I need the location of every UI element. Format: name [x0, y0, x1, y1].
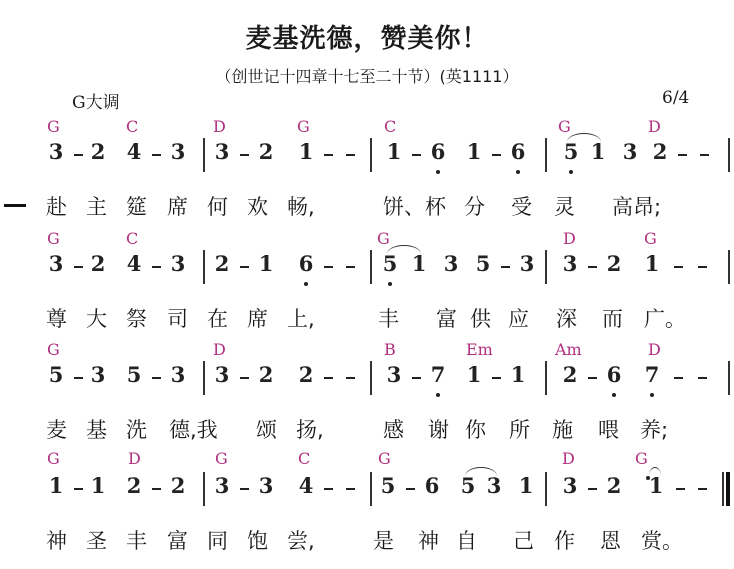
lyric-syllable: 麦	[46, 414, 67, 444]
lyric-syllable: 丰	[126, 525, 147, 555]
lyric-syllable: 洗	[126, 414, 147, 444]
chord-symbol: G	[378, 449, 391, 468]
note-digit: 1	[466, 139, 482, 164]
note-digit: 3	[48, 139, 64, 164]
lyric-syllable: 上,	[287, 303, 315, 333]
note-digit: 5	[380, 473, 396, 498]
note-digit: 5	[382, 251, 398, 276]
chord-symbol: D	[213, 340, 226, 359]
lyric-syllable: 基	[86, 414, 107, 444]
note-digit: 6	[430, 139, 446, 164]
low-octave-dot	[569, 170, 573, 174]
note-digit: 2	[298, 362, 314, 387]
lyric-syllable: 同	[207, 525, 228, 555]
note-digit: 1	[90, 473, 106, 498]
hold-dash	[492, 154, 501, 156]
note-digit: 1	[510, 362, 526, 387]
note-digit: 5	[460, 473, 476, 498]
note-digit: 4	[298, 473, 314, 498]
hold-dash	[406, 488, 415, 490]
lyric-syllable: 丰	[378, 303, 399, 333]
barline	[545, 250, 547, 284]
hold-dash	[324, 488, 333, 490]
lyric-syllable: 主	[86, 191, 107, 221]
note-digit: 1	[48, 473, 64, 498]
lyric-syllable: 何	[207, 191, 228, 221]
note-digit: 6	[298, 251, 314, 276]
barline	[203, 250, 205, 284]
lyric-syllable: 是	[373, 525, 394, 555]
chord-symbol: D	[562, 449, 575, 468]
note-digit: 7	[644, 362, 660, 387]
hold-dash	[698, 266, 707, 268]
barline	[545, 472, 547, 506]
note-digit: 2	[606, 473, 622, 498]
octave-dot	[646, 476, 650, 480]
note-digit: 4	[126, 139, 142, 164]
tie-slur	[649, 467, 661, 476]
chord-symbol: C	[298, 449, 310, 468]
lyric-syllable: 在	[207, 303, 228, 333]
lyric-syllable: 施	[552, 414, 573, 444]
barline	[545, 361, 547, 395]
lyric-syllable: 赴	[46, 191, 67, 221]
lyric-syllable: 饱	[247, 525, 268, 555]
lyric-syllable: 欢	[247, 191, 268, 221]
note-digit: 1	[466, 362, 482, 387]
lyric-syllable: 喂	[598, 414, 619, 444]
key-signature: G大调	[72, 88, 120, 113]
chord-symbol: B	[384, 340, 396, 359]
lyric-syllable: 圣	[86, 525, 107, 555]
lyric-syllable: 席	[167, 191, 188, 221]
note-digit: 3	[214, 362, 230, 387]
hold-dash	[346, 377, 355, 379]
note-digit: 3	[622, 139, 638, 164]
chord-symbol: C	[126, 117, 138, 136]
chord-symbol: C	[126, 229, 138, 248]
note-digit: 5	[563, 139, 579, 164]
barline	[203, 472, 205, 506]
hold-dash	[240, 266, 249, 268]
song-title: 麦基洗德，赞美你！	[0, 18, 734, 55]
note-digit: 2	[90, 251, 106, 276]
chord-symbol: G	[635, 449, 648, 468]
hold-dash	[74, 154, 83, 156]
low-octave-dot	[612, 393, 616, 397]
note-digit: 3	[90, 362, 106, 387]
lyric-syllable: 席	[247, 303, 268, 333]
lyric-syllable: 尝,	[287, 525, 315, 555]
scripture-reference: （创世记十四章十七至二十节）(英1111）	[0, 64, 734, 87]
chord-symbol: G	[558, 117, 571, 136]
note-digit: 1	[411, 251, 427, 276]
note-digit: 1	[644, 251, 660, 276]
low-octave-dot	[650, 393, 654, 397]
note-digit: 2	[214, 251, 230, 276]
hold-dash	[152, 377, 161, 379]
hold-dash	[74, 488, 83, 490]
hold-dash	[240, 154, 249, 156]
hold-dash	[674, 266, 683, 268]
lyric-syllable: 作	[554, 525, 575, 555]
final-barline-thin	[722, 472, 724, 506]
chord-symbol: G	[377, 229, 390, 248]
hold-dash	[700, 154, 709, 156]
note-digit: 3	[386, 362, 402, 387]
hold-dash	[588, 377, 597, 379]
lyric-syllable: 感	[383, 414, 404, 444]
lyric-syllable: 应	[508, 303, 529, 333]
lyric-syllable: 所	[509, 414, 530, 444]
note-digit: 3	[170, 139, 186, 164]
note-digit: 2	[258, 362, 274, 387]
chord-symbol: G	[47, 340, 60, 359]
chord-symbol: G	[47, 117, 60, 136]
lyric-syllable: 养;	[640, 414, 668, 444]
hold-dash	[676, 488, 685, 490]
barline	[728, 361, 730, 395]
lyric-syllable: 自	[456, 525, 477, 555]
chord-symbol: G	[644, 229, 657, 248]
barline	[203, 138, 205, 172]
barline	[203, 361, 205, 395]
note-digit: 3	[170, 251, 186, 276]
hold-dash	[492, 377, 501, 379]
chord-symbol: G	[47, 229, 60, 248]
note-digit: 6	[606, 362, 622, 387]
note-digit: 1	[386, 139, 402, 164]
note-digit: 5	[48, 362, 64, 387]
time-signature: 6/4	[662, 88, 689, 108]
barline	[370, 472, 372, 506]
barline	[728, 138, 730, 172]
hold-dash	[674, 377, 683, 379]
lyric-syllable: 广。	[644, 303, 686, 333]
lyric-syllable: 分	[464, 191, 485, 221]
note-digit: 3	[562, 251, 578, 276]
hold-dash	[412, 154, 421, 156]
lyric-syllable: 司	[167, 303, 188, 333]
low-octave-dot	[516, 170, 520, 174]
tie-slur	[465, 467, 497, 476]
note-digit: 5	[126, 362, 142, 387]
chord-symbol: G	[215, 449, 228, 468]
note-digit: 1	[298, 139, 314, 164]
lyric-syllable: 扬,	[296, 414, 324, 444]
note-digit: 2	[606, 251, 622, 276]
lyric-syllable: 你	[465, 414, 486, 444]
lyric-syllable: 富	[436, 303, 457, 333]
hold-dash	[588, 488, 597, 490]
hold-dash	[698, 488, 707, 490]
note-digit: 3	[562, 473, 578, 498]
barline	[370, 361, 372, 395]
lyric-syllable: 谢	[428, 414, 449, 444]
lyric-syllable: 神	[418, 525, 439, 555]
barline	[370, 138, 372, 172]
hold-dash	[324, 266, 333, 268]
lyric-syllable: 颂	[256, 414, 277, 444]
note-digit: 3	[170, 362, 186, 387]
hold-dash	[412, 377, 421, 379]
chord-symbol: C	[384, 117, 396, 136]
hold-dash	[152, 154, 161, 156]
hold-dash	[678, 154, 687, 156]
note-digit: 1	[258, 251, 274, 276]
lyric-syllable: 供	[470, 303, 491, 333]
hold-dash	[74, 266, 83, 268]
lyric-syllable: 德,我	[169, 414, 218, 444]
note-digit: 6	[424, 473, 440, 498]
lyric-syllable: 畅,	[287, 191, 315, 221]
lyric-syllable: 灵	[554, 191, 575, 221]
chord-symbol: Am	[555, 340, 582, 359]
note-digit: 3	[214, 139, 230, 164]
lyric-syllable: 筵	[126, 191, 147, 221]
lyric-syllable: 祭	[126, 303, 147, 333]
chord-symbol: G	[297, 117, 310, 136]
lyric-syllable: 己	[513, 525, 534, 555]
note-digit: 2	[652, 139, 668, 164]
low-octave-dot	[388, 282, 392, 286]
note-digit: 1	[590, 139, 606, 164]
tie-slur	[567, 133, 601, 142]
chord-symbol: D	[563, 229, 576, 248]
note-digit: 1	[518, 473, 534, 498]
barline	[728, 250, 730, 284]
hold-dash	[74, 377, 83, 379]
tie-slur	[387, 245, 421, 254]
lyric-syllable: 高昂;	[612, 191, 661, 221]
hold-dash	[240, 488, 249, 490]
note-digit: 3	[486, 473, 502, 498]
note-digit: 1	[648, 473, 664, 498]
hold-dash	[501, 266, 510, 268]
hold-dash	[346, 488, 355, 490]
chord-symbol: G	[47, 449, 60, 468]
chord-symbol: D	[648, 340, 661, 359]
note-digit: 5	[475, 251, 491, 276]
verse-marker	[4, 204, 26, 207]
low-octave-dot	[304, 282, 308, 286]
hold-dash	[346, 266, 355, 268]
hold-dash	[152, 488, 161, 490]
note-digit: 4	[126, 251, 142, 276]
hold-dash	[324, 377, 333, 379]
hold-dash	[588, 266, 597, 268]
hold-dash	[240, 377, 249, 379]
lyric-syllable: 恩	[600, 525, 621, 555]
note-digit: 6	[510, 139, 526, 164]
hold-dash	[346, 154, 355, 156]
lyric-syllable: 深	[556, 303, 577, 333]
chord-symbol: D	[213, 117, 226, 136]
note-digit: 2	[170, 473, 186, 498]
note-digit: 2	[562, 362, 578, 387]
lyric-syllable: 饼、杯	[383, 191, 446, 221]
note-digit: 2	[90, 139, 106, 164]
note-digit: 2	[258, 139, 274, 164]
lyric-syllable: 尊	[46, 303, 67, 333]
lyric-syllable: 富	[167, 525, 188, 555]
lyric-syllable: 赏。	[641, 525, 683, 555]
note-digit: 3	[48, 251, 64, 276]
lyric-syllable: 而	[602, 303, 623, 333]
hold-dash	[152, 266, 161, 268]
chord-symbol: Em	[466, 340, 493, 359]
lyric-syllable: 大	[86, 303, 107, 333]
low-octave-dot	[436, 393, 440, 397]
note-digit: 3	[214, 473, 230, 498]
note-digit: 3	[443, 251, 459, 276]
chord-symbol: D	[128, 449, 141, 468]
lyric-syllable: 受	[511, 191, 532, 221]
hold-dash	[698, 377, 707, 379]
hold-dash	[324, 154, 333, 156]
barline	[545, 138, 547, 172]
note-digit: 2	[126, 473, 142, 498]
lyric-syllable: 神	[46, 525, 67, 555]
note-digit: 7	[430, 362, 446, 387]
chord-symbol: D	[648, 117, 661, 136]
note-digit: 3	[258, 473, 274, 498]
note-digit: 3	[519, 251, 535, 276]
barline	[370, 250, 372, 284]
final-barline-thick	[726, 472, 730, 506]
low-octave-dot	[436, 170, 440, 174]
